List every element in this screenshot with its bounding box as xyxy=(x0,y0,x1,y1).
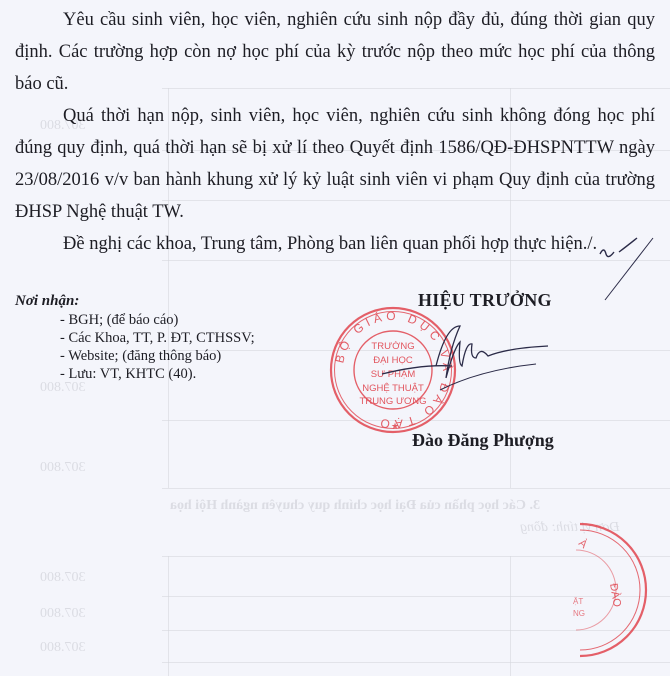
svg-text:ẬT: ẬT xyxy=(573,597,583,606)
paragraph-text: Đề nghị các khoa, Trung tâm, Phòng ban l… xyxy=(63,234,597,254)
paragraph-payment-requirement: Yêu cầu sinh viên, học viên, nghiên cứu … xyxy=(15,4,655,100)
svg-text:ĐẠI HỌC: ĐẠI HỌC xyxy=(373,355,413,366)
bleed-fee: 307.800 xyxy=(40,570,86,586)
recipient-item: - Lưu: VT, KHTC (40). xyxy=(15,365,255,383)
bleed-fee: 307.800 xyxy=(40,606,86,622)
svg-text:TRUNG ƯƠNG: TRUNG ƯƠNG xyxy=(360,396,427,407)
svg-text:SƯ PHẠM: SƯ PHẠM xyxy=(371,369,416,380)
svg-text:BỘ GIÁO DỤC VÀ ĐÀO TẠO: BỘ GIÁO DỤC VÀ ĐÀO TẠO xyxy=(332,308,455,431)
svg-text:NGHỆ THUẬT: NGHỆ THUẬT xyxy=(362,383,424,394)
recipient-item: - Website; (đăng thông báo) xyxy=(15,347,255,365)
bleed-heading: 3. Các học phần của Đại học chính quy ch… xyxy=(170,498,540,514)
signature-title: HIỆU TRƯỞNG xyxy=(418,290,552,311)
paragraph-coordination: Đề nghị các khoa, Trung tâm, Phòng ban l… xyxy=(15,228,655,260)
official-stamp-icon: BỘ GIÁO DỤC VÀ ĐÀO TẠO TRƯỜNG ĐẠI HỌC SƯ… xyxy=(328,305,458,435)
svg-text:NG: NG xyxy=(573,609,585,618)
signature-icon xyxy=(380,318,560,398)
recipient-item: - BGH; (để báo cáo) xyxy=(15,311,255,329)
svg-text:À: À xyxy=(576,536,590,551)
paragraph-text: Yêu cầu sinh viên, học viên, nghiên cứu … xyxy=(15,10,655,94)
bleed-fee: 307.800 xyxy=(40,640,86,656)
signer-name: Đào Đăng Phượng xyxy=(412,430,554,451)
bleed-fee: 307.800 xyxy=(40,460,86,476)
svg-text:★: ★ xyxy=(391,421,399,431)
recipients-block: Nơi nhận: - BGH; (để báo cáo) - Các Khoa… xyxy=(15,292,255,383)
recipients-title: Nơi nhận: xyxy=(15,292,255,310)
bleed-unit: Đơn vị tính: đồng xyxy=(520,520,620,536)
paragraph-late-penalty: Quá thời hạn nộp, sinh viên, học viên, n… xyxy=(15,100,655,228)
paragraph-text: Quá thời hạn nộp, sinh viên, học viên, n… xyxy=(15,106,655,222)
recipient-item: - Các Khoa, TT, P. ĐT, CTHSSV; xyxy=(15,329,255,347)
partial-stamp-icon: ĐÀO À ẬT NG xyxy=(570,520,670,660)
